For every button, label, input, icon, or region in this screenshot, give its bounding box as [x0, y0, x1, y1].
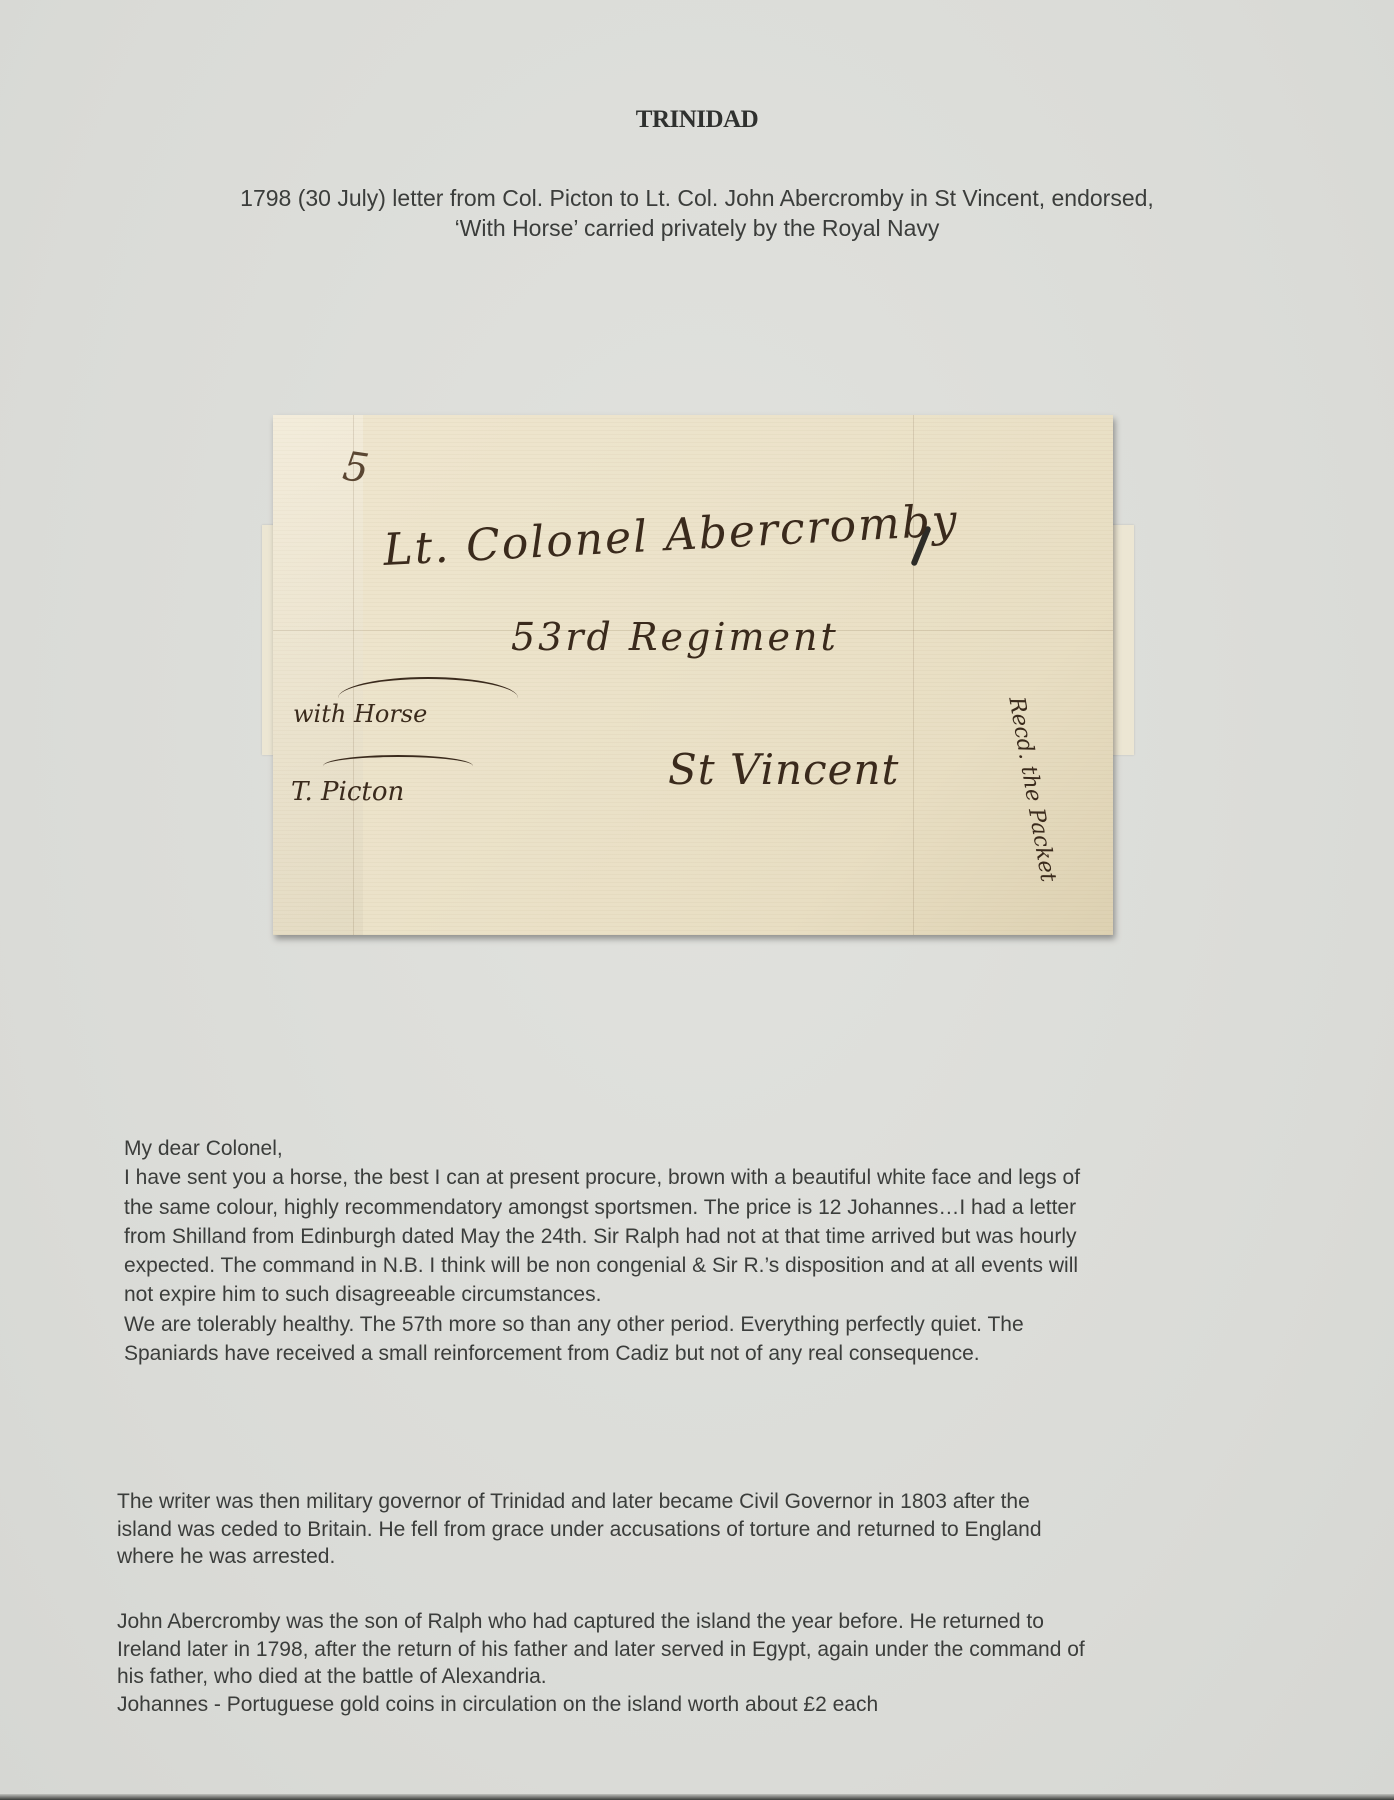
subtitle-line: 1798 (30 July) letter from Col. Picton t…	[0, 183, 1394, 213]
signature: T. Picton	[291, 777, 404, 807]
abercromby-note: John Abercromby was the son of Ralph who…	[117, 1608, 1317, 1691]
note-line: island was ceded to Britain. He fell fro…	[117, 1516, 1317, 1544]
side-note: Recd. the Packet	[1003, 695, 1060, 884]
letter-line: the same colour, highly recommendatory a…	[124, 1193, 1304, 1222]
note-line: Johannes - Portuguese gold coins in circ…	[117, 1691, 1317, 1719]
fold-line	[353, 415, 354, 935]
letter-line: I have sent you a horse, the best I can …	[124, 1163, 1304, 1192]
letter-line: not expire him to such disagreeable circ…	[124, 1280, 1304, 1309]
album-page: TRINIDAD 1798 (30 July) letter from Col.…	[0, 0, 1394, 1794]
note-line: his father, who died at the battle of Al…	[117, 1663, 1317, 1691]
johannes-note: Johannes - Portuguese gold coins in circ…	[117, 1691, 1317, 1719]
page-subtitle: 1798 (30 July) letter from Col. Picton t…	[0, 183, 1394, 243]
rate-mark: 5	[340, 443, 372, 492]
page-bottom-edge	[0, 1794, 1394, 1800]
address-line: 53rd Regiment	[511, 615, 839, 659]
letter-line: from Shilland from Edinburgh dated May t…	[124, 1222, 1304, 1251]
letter-transcription: My dear Colonel, I have sent you a horse…	[124, 1134, 1304, 1368]
note-line: Ireland later in 1798, after the return …	[117, 1636, 1317, 1664]
subtitle-line: ‘With Horse’ carried privately by the Ro…	[0, 213, 1394, 243]
page-title: TRINIDAD	[0, 106, 1394, 134]
writer-note: The writer was then military governor of…	[117, 1488, 1317, 1571]
fold-line	[913, 415, 914, 935]
entire-letter: 5 Lt. Colonel Abercromby 53rd Regiment S…	[273, 415, 1113, 935]
salutation: My dear Colonel,	[124, 1134, 1304, 1163]
endorsement-text: with Horse	[293, 700, 427, 728]
letter-line: Spaniards have received a small reinforc…	[124, 1339, 1304, 1368]
address-line: Lt. Colonel Abercromby	[382, 495, 960, 576]
letter-cover-image: 5 Lt. Colonel Abercromby 53rd Regiment S…	[268, 405, 1130, 935]
note-line: John Abercromby was the son of Ralph who…	[117, 1608, 1317, 1636]
letter-line: expected. The command in N.B. I think wi…	[124, 1251, 1304, 1280]
flourish	[323, 755, 473, 777]
letter-line: We are tolerably healthy. The 57th more …	[124, 1310, 1304, 1339]
fold-shadow	[273, 415, 363, 935]
address-line: St Vincent	[668, 745, 899, 794]
note-line: where he was arrested.	[117, 1543, 1317, 1571]
note-line: The writer was then military governor of…	[117, 1488, 1317, 1516]
